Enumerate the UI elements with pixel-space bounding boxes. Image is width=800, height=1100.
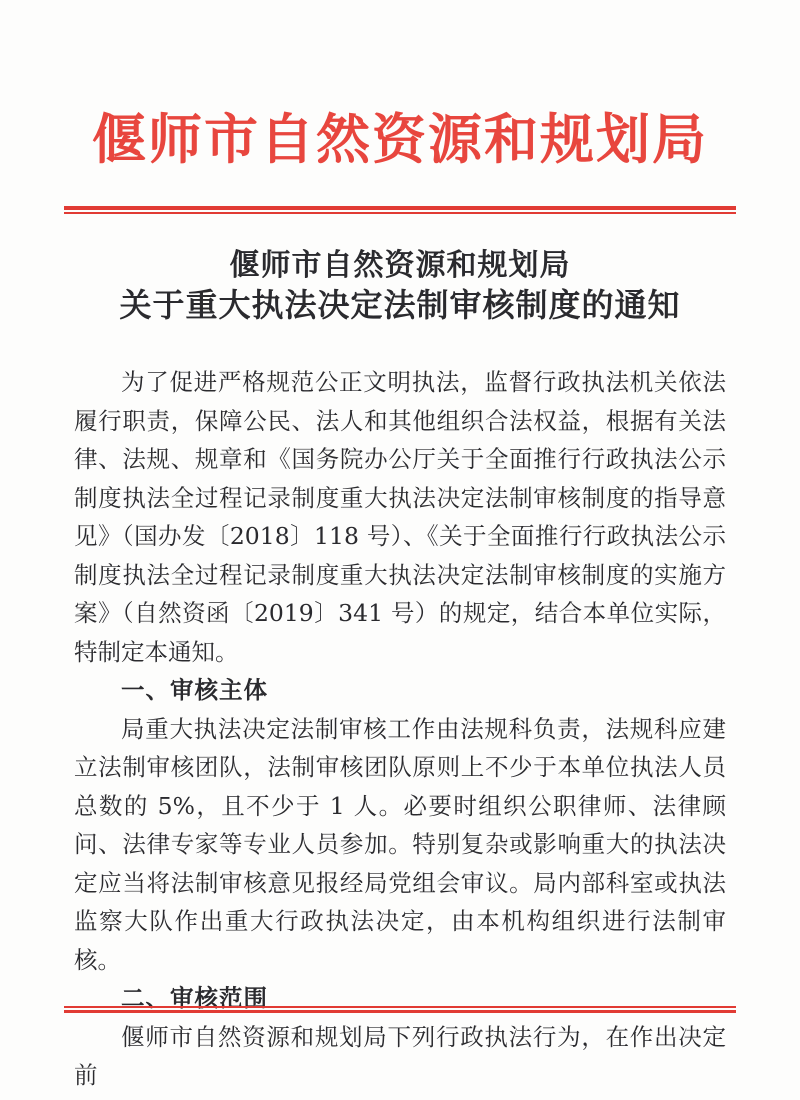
letterhead-title: 偃师市自然资源和规划局 [0,0,800,166]
letterhead-separator-thin-line [64,212,736,214]
document-title-line1: 偃师市自然资源和规划局 [0,247,800,285]
section-heading-1: 一、审核主体 [74,671,726,710]
document-title-line2: 关于重大执法决定法制审核制度的通知 [0,285,800,325]
document-body: 为了促进严格规范公正文明执法，监督行政执法机关依法履行职责，保障公民、法人和其他… [74,363,726,1095]
footer-separator [64,1006,736,1013]
letterhead-separator-thick-line [64,206,736,210]
paragraph-section-1: 局重大执法决定法制审核工作由法规科负责，法规科应建立法制审核团队，法制审核团队原… [74,710,726,980]
document-title: 偃师市自然资源和规划局 关于重大执法决定法制审核制度的通知 [0,247,800,325]
footer-separator-thin-line [64,1006,736,1008]
paragraph-intro: 为了促进严格规范公正文明执法，监督行政执法机关依法履行职责，保障公民、法人和其他… [74,363,726,671]
footer-separator-thick-line [64,1010,736,1013]
letterhead-separator [64,206,736,214]
document-page: 偃师市自然资源和规划局 偃师市自然资源和规划局 关于重大执法决定法制审核制度的通… [0,0,800,1100]
paragraph-section-2: 偃师市自然资源和规划局下列行政执法行为，在作出决定前 [74,1018,726,1095]
